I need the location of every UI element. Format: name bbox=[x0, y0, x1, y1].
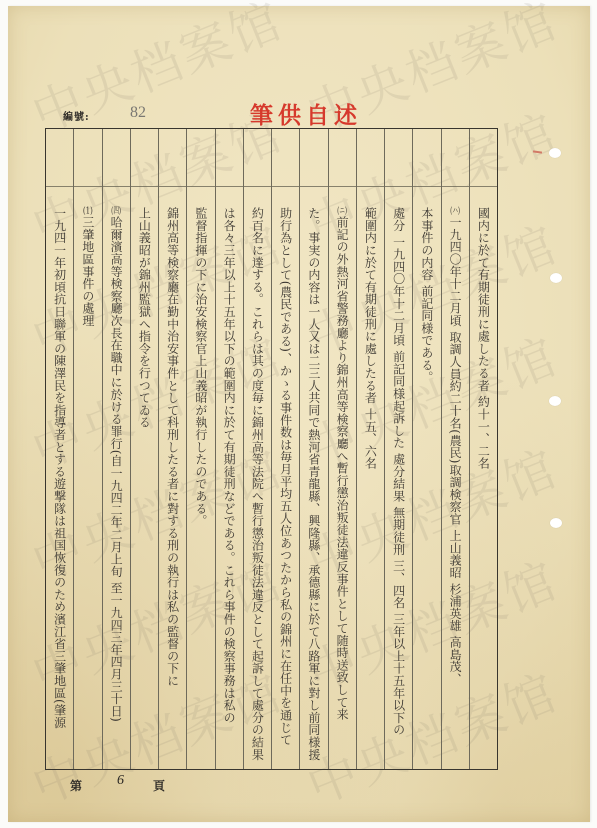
column-text: 上山義昭が錦州監獄へ指令を行つてゐる bbox=[138, 207, 150, 428]
column-text: 處分 一九四〇年十二月頃 前記同様起訴した 處分結果 無期徒刑 三、四名 三年以… bbox=[393, 207, 405, 736]
column-body: 本事件の内容 前記同様である。 bbox=[420, 207, 434, 383]
column-body: は各々三年以上十五年以下の範圍内に於て有期徒刑などである。これら事件の検察事務は… bbox=[222, 207, 236, 724]
section-marker: (ニ) bbox=[337, 207, 347, 216]
page-prefix: 第 bbox=[70, 777, 82, 794]
column-body: 範圍内に於て有期徒刑に處したる者 十五、六名 bbox=[363, 207, 377, 469]
document-title-stamp: 筆供自述 bbox=[250, 97, 362, 130]
column-text: 監督指揮の下に治安検察官上山義昭が執行したのである。 bbox=[195, 207, 207, 527]
column-body: 一九四一年初頃抗日聯軍の陳澤民を指導者とする遊撃隊は祖国恢復のため濱江省三肇地區… bbox=[53, 207, 67, 729]
section-marker: (ハ) bbox=[450, 207, 460, 216]
column-text: 錦州高等検察廳在勤中治安事件として科刑したる者に對する刑の執行は私の監督の下に bbox=[167, 207, 179, 687]
column-text: た。事実の内容は一人又は二三人共同で熱河省青龍縣、興隆縣、承德縣に於て八路軍に對… bbox=[308, 207, 320, 761]
column-body: 上山義昭が錦州監獄へ指令を行つてゐる bbox=[137, 207, 151, 428]
text-column: 處分 一九四〇年十二月頃 前記同様起訴した 處分結果 無期徒刑 三、四名 三年以… bbox=[384, 129, 412, 769]
column-body: 國内に於て有期徒刑に處したる者 約十一、二名 bbox=[476, 207, 490, 469]
text-column: 助行為として(農民である)、かゝる事件数は毎月平均五人位あつたから私の錦州に在任… bbox=[271, 129, 299, 769]
text-column: 範圍内に於て有期徒刑に處したる者 十五、六名 bbox=[356, 129, 384, 769]
page-suffix: 頁 bbox=[153, 777, 165, 794]
section-marker: (四) bbox=[111, 207, 121, 216]
page-number: 6 bbox=[117, 773, 124, 789]
text-column: (四)哈爾濱高等検察廳次長在職中に於ける罪行(自一九四二年二月上旬 至一九四三年… bbox=[102, 129, 130, 769]
column-body: 監督指揮の下に治安検察官上山義昭が執行したのである。 bbox=[194, 207, 208, 527]
column-body: 約百名に達する。これらは其の度毎に錦州高等法院へ暫行懲治叛徒法違反として起訴して… bbox=[250, 207, 264, 761]
punch-hole-icon bbox=[549, 396, 561, 406]
manuscript-grid: 國内に於て有期徒刑に處したる者 約十一、二名 (ハ)一九四〇年十二月頃 取調人員… bbox=[45, 128, 498, 770]
column-body: 錦州高等検察廳在勤中治安事件として科刑したる者に對する刑の執行は私の監督の下に bbox=[166, 207, 180, 687]
column-text: (ハ)一九四〇年十二月頃 取調人員約二十名(農民)取調検察官 上山義昭 杉浦英雄… bbox=[449, 207, 461, 685]
text-column: 約百名に達する。これらは其の度毎に錦州高等法院へ暫行懲治叛徒法違反として起訴して… bbox=[243, 129, 271, 769]
punch-hole-icon bbox=[550, 273, 562, 283]
file-number: 82 bbox=[130, 104, 146, 122]
text-column: 監督指揮の下に治安検察官上山義昭が執行したのである。 bbox=[186, 129, 214, 769]
file-number-label: 編號: bbox=[63, 108, 90, 123]
column-text: 範圍内に於て有期徒刑に處したる者 十五、六名 bbox=[364, 207, 376, 469]
column-text: は各々三年以上十五年以下の範圍内に於て有期徒刑などである。これら事件の検察事務は… bbox=[223, 207, 235, 724]
column-text: 助行為として(農民である)、かゝる事件数は毎月平均五人位あつたから私の錦州に在任… bbox=[280, 207, 292, 746]
punch-hole-icon bbox=[550, 518, 562, 528]
text-column: た。事実の内容は一人又は二三人共同で熱河省青龍縣、興隆縣、承德縣に於て八路軍に對… bbox=[299, 129, 327, 769]
column-body: た。事実の内容は一人又は二三人共同で熱河省青龍縣、興隆縣、承德縣に於て八路軍に對… bbox=[307, 207, 321, 761]
column-text: (四)哈爾濱高等検察廳次長在職中に於ける罪行(自一九四二年二月上旬 至一九四三年… bbox=[110, 207, 122, 722]
column-body: 哈爾濱高等検察廳次長在職中に於ける罪行(自一九四二年二月上旬 至一九四三年四月三… bbox=[109, 216, 123, 722]
text-column: 錦州高等検察廳在勤中治安事件として科刑したる者に對する刑の執行は私の監督の下に bbox=[158, 129, 186, 769]
column-body: 處分 一九四〇年十二月頃 前記同様起訴した 處分結果 無期徒刑 三、四名 三年以… bbox=[392, 207, 406, 736]
text-column: 上山義昭が錦州監獄へ指令を行つてゐる bbox=[130, 129, 158, 769]
column-body: 前記の外熱河省警務廳より錦州高等検察廳へ暫行懲治叛徒法違反事件として随時送致して… bbox=[335, 216, 349, 720]
text-column: (ハ)一九四〇年十二月頃 取調人員約二十名(農民)取調検察官 上山義昭 杉浦英雄… bbox=[441, 129, 469, 769]
column-text: 一九四一年初頃抗日聯軍の陳澤民を指導者とする遊撃隊は祖国恢復のため濱江省三肇地區… bbox=[54, 207, 66, 729]
column-text: 國内に於て有期徒刑に處したる者 約十一、二名 bbox=[477, 207, 489, 469]
column-body: 三肇地區事件の處理 bbox=[81, 216, 95, 327]
column-text: 約百名に達する。これらは其の度毎に錦州高等法院へ暫行懲治叛徒法違反として起訴して… bbox=[251, 207, 263, 761]
text-column: 本事件の内容 前記同様である。 bbox=[412, 129, 440, 769]
text-column: 國内に於て有期徒刑に處したる者 約十一、二名 bbox=[469, 129, 497, 769]
text-column: は各々三年以上十五年以下の範圍内に於て有期徒刑などである。これら事件の検察事務は… bbox=[215, 129, 243, 769]
text-column: (ニ)前記の外熱河省警務廳より錦州高等検察廳へ暫行懲治叛徒法違反事件として随時送… bbox=[328, 129, 356, 769]
column-body: 助行為として(農民である)、かゝる事件数は毎月平均五人位あつたから私の錦州に在任… bbox=[279, 207, 293, 746]
column-text: 本事件の内容 前記同様である。 bbox=[421, 207, 433, 383]
section-marker: (1) bbox=[83, 207, 93, 216]
column-text: (ニ)前記の外熱河省警務廳より錦州高等検察廳へ暫行懲治叛徒法違反事件として随時送… bbox=[336, 207, 348, 720]
punch-hole-icon bbox=[549, 148, 561, 158]
text-column: (1)三肇地區事件の處理 bbox=[73, 129, 101, 769]
text-column: 一九四一年初頃抗日聯軍の陳澤民を指導者とする遊撃隊は祖国恢復のため濱江省三肇地區… bbox=[46, 129, 73, 769]
column-body: 一九四〇年十二月頃 取調人員約二十名(農民)取調検察官 上山義昭 杉浦英雄 高島… bbox=[448, 216, 462, 685]
column-text: (1)三肇地區事件の處理 bbox=[82, 207, 94, 327]
